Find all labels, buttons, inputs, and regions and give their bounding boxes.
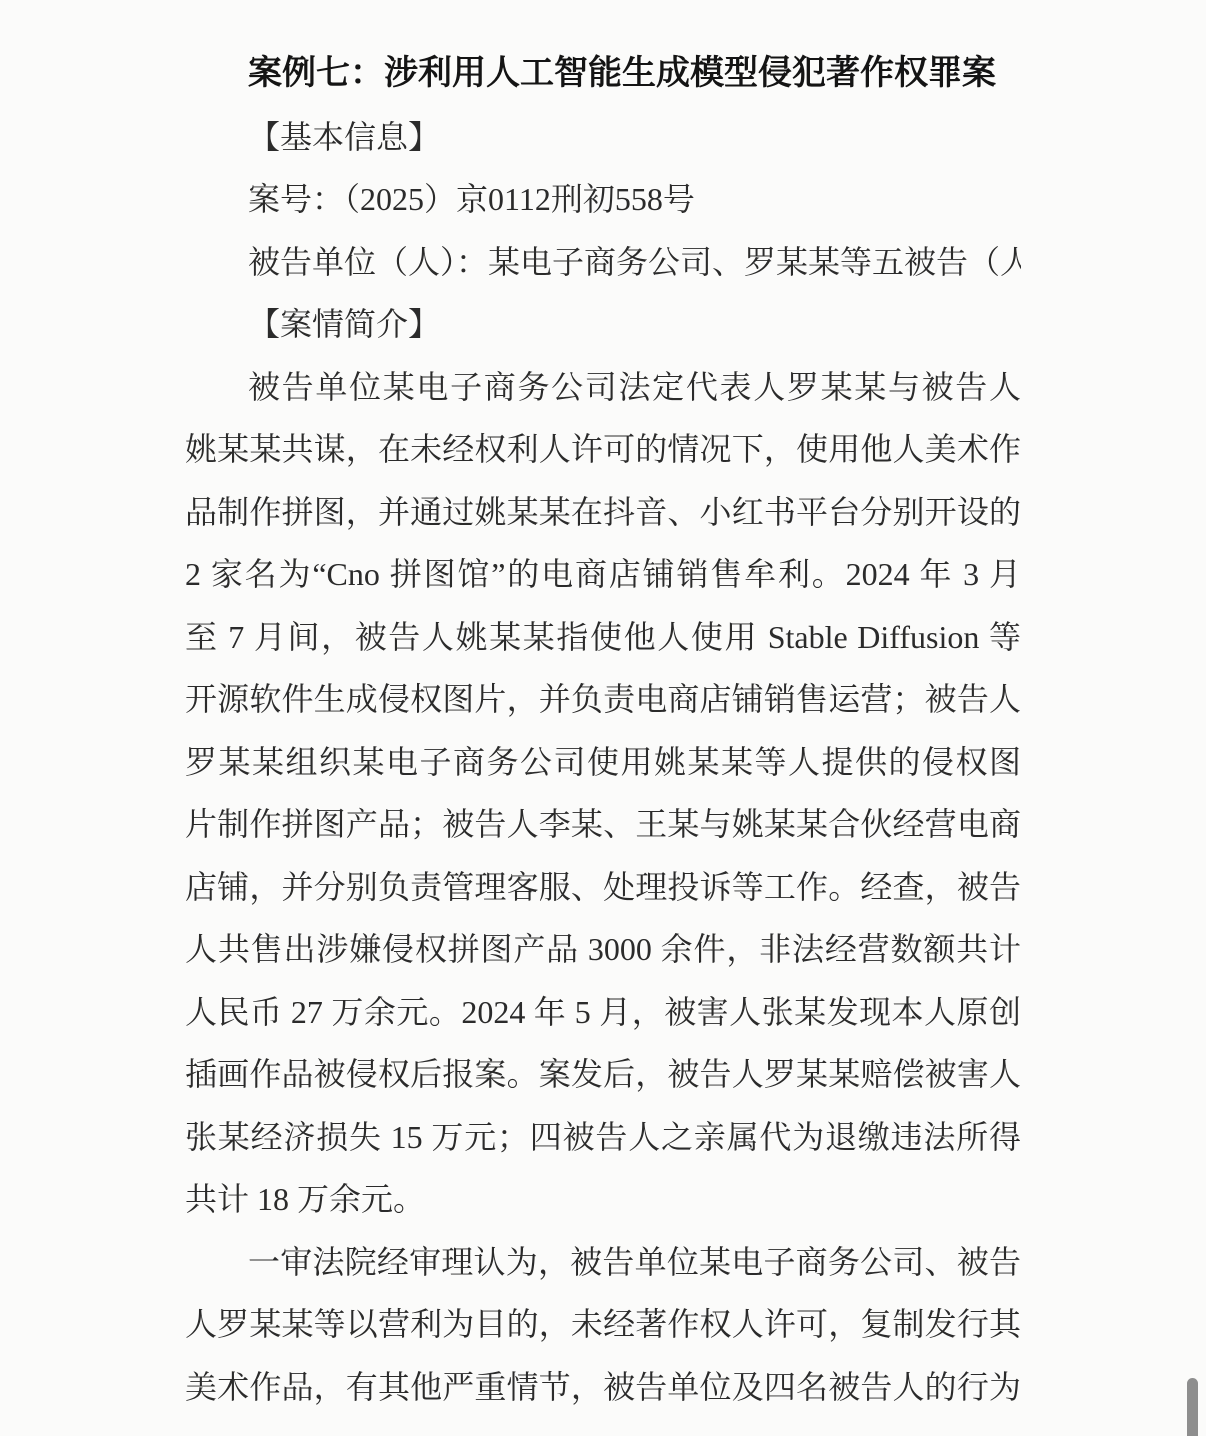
text-line: 店铺，并分别负责管理客服、处理投诉等工作。经查，被告 [185, 856, 1021, 919]
text-line: 张某经济损失 15 万元；四被告人之亲属代为退缴违法所得 [185, 1106, 1021, 1169]
text-line: 插画作品被侵权后报案。案发后，被告人罗某某赔偿被害人 [185, 1043, 1021, 1106]
text-line: 人共售出涉嫌侵权拼图产品 3000 余件，非法经营数额共计 [185, 918, 1021, 981]
document-title: 案例七：涉利用人工智能生成模型侵犯著作权罪案 [185, 43, 1021, 106]
text-line: 2 家名为“Cno 拼图馆”的电商店铺销售牟利。2024 年 3 月 [185, 543, 1021, 606]
text-line: 被告单位某电子商务公司法定代表人罗某某与被告人 [185, 356, 1021, 419]
text-line: 开源软件生成侵权图片，并负责电商店铺销售运营；被告人 [185, 668, 1021, 731]
text-line: 人民币 27 万余元。2024 年 5 月，被害人张某发现本人原创 [185, 981, 1021, 1044]
document-page: 案例七：涉利用人工智能生成模型侵犯著作权罪案 【基本信息】案号：（2025）京0… [0, 0, 1206, 1436]
text-line: 片制作拼图产品；被告人李某、王某与姚某某合伙经营电商 [185, 793, 1021, 856]
text-line: 姚某某共谋，在未经权利人许可的情况下，使用他人美术作 [185, 418, 1021, 481]
text-line: 人罗某某等以营利为目的，未经著作权人许可，复制发行其 [185, 1293, 1021, 1356]
text-line: 【案情简介】 [185, 293, 1021, 356]
text-line: 一审法院经审理认为，被告单位某电子商务公司、被告 [185, 1231, 1021, 1294]
text-line: 至 7 月间，被告人姚某某指使他人使用 Stable Diffusion 等 [185, 606, 1021, 669]
text-line: 美术作品，有其他严重情节，被告单位及四名被告人的行为 [185, 1356, 1021, 1419]
text-line: 品制作拼图，并通过姚某某在抖音、小红书平台分别开设的 [185, 481, 1021, 544]
document-content: 案例七：涉利用人工智能生成模型侵犯著作权罪案 【基本信息】案号：（2025）京0… [185, 43, 1021, 1418]
text-line: 罗某某组织某电子商务公司使用姚某某等人提供的侵权图 [185, 731, 1021, 794]
scrollbar-thumb[interactable] [1187, 1378, 1198, 1436]
text-line: 案号：（2025）京0112刑初558号 [185, 168, 1021, 231]
text-line: 被告单位（人）：某电子商务公司、罗某某等五被告（人） [185, 231, 1021, 294]
document-lines: 【基本信息】案号：（2025）京0112刑初558号被告单位（人）：某电子商务公… [185, 106, 1021, 1419]
text-line: 共计 18 万余元。 [185, 1168, 1021, 1231]
text-line: 【基本信息】 [185, 106, 1021, 169]
